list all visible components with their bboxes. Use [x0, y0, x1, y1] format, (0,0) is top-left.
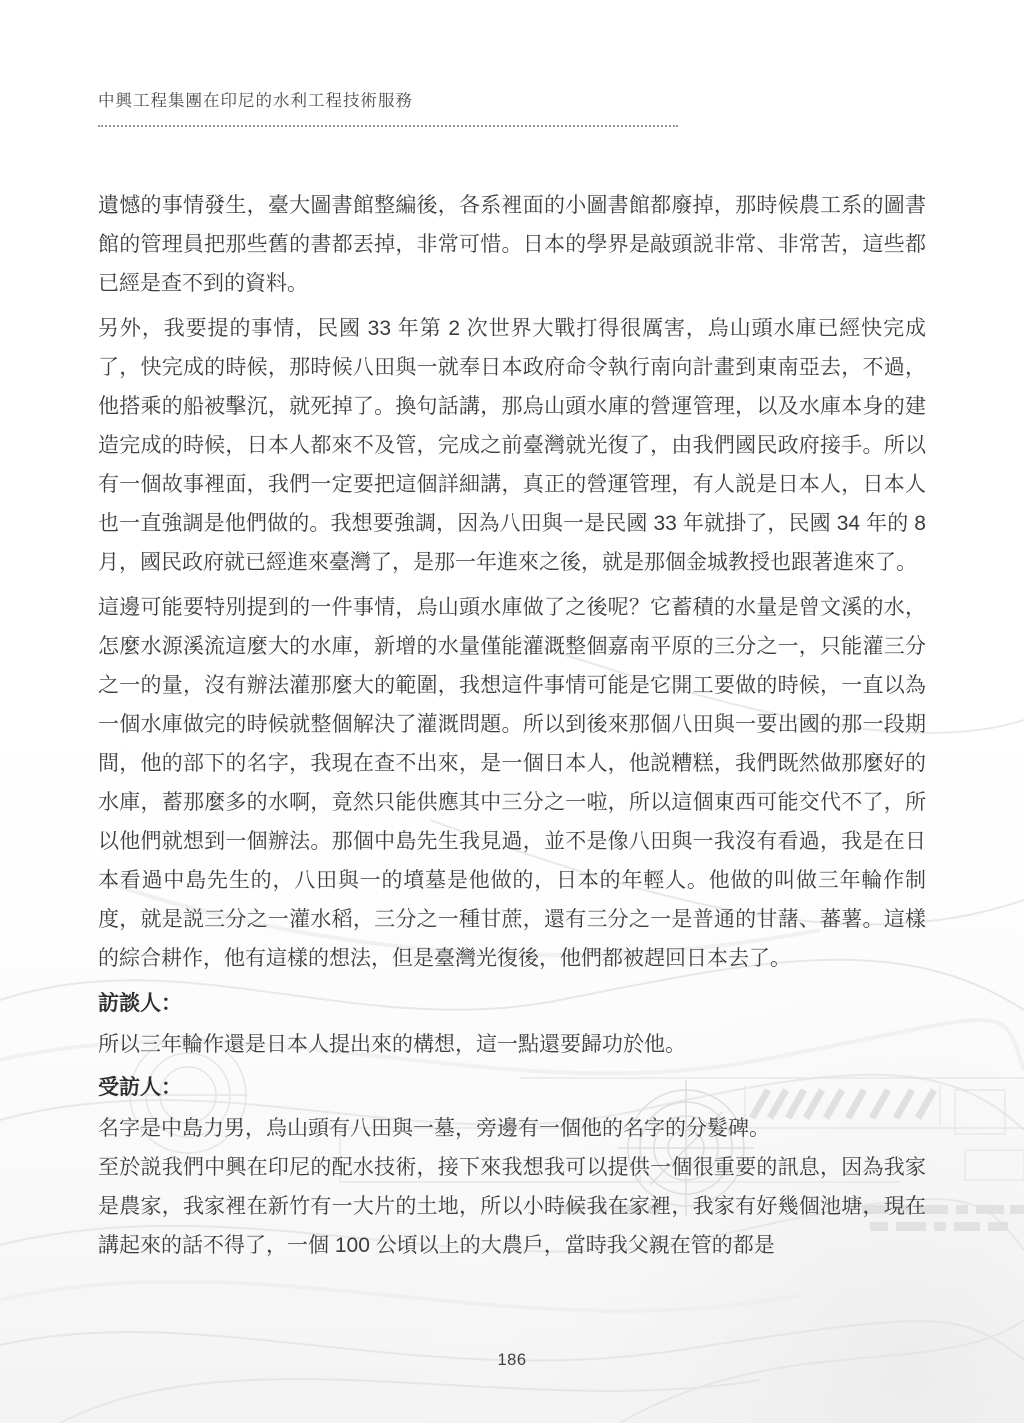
- page-footer: 186: [0, 1351, 1024, 1370]
- interviewer-text: 所以三年輪作還是日本人提出來的構想，這一點還要歸功於他。: [98, 1025, 926, 1064]
- page-number: 186: [497, 1351, 526, 1369]
- book-page: 中興工程集團在印尼的水利工程技術服務 遺憾的事情發生，臺大圖書館整編後，各系裡面…: [0, 0, 1024, 1423]
- page-content: 遺憾的事情發生，臺大圖書館整編後，各系裡面的小圖書館都廢掉，那時候農工系的圖書館…: [98, 186, 926, 1265]
- interviewee-text-line2: 至於説我們中興在印尼的配水技術，接下來我想我可以提供一個很重要的訊息，因為我家是…: [98, 1148, 926, 1265]
- interviewer-label: 訪談人：: [98, 984, 926, 1023]
- paragraph-1: 遺憾的事情發生，臺大圖書館整編後，各系裡面的小圖書館都廢掉，那時候農工系的圖書館…: [98, 186, 926, 303]
- page-header: 中興工程集團在印尼的水利工程技術服務: [98, 90, 678, 127]
- paragraph-3: 這邊可能要特別提到的一件事情，烏山頭水庫做了之後呢？它蓄積的水量是曾文溪的水，怎…: [98, 588, 926, 978]
- interviewee-text-line1: 名字是中島力男，烏山頭有八田與一墓，旁邊有一個他的名字的分髮碑。: [98, 1109, 926, 1148]
- running-header-title: 中興工程集團在印尼的水利工程技術服務: [98, 90, 678, 112]
- interviewee-label: 受訪人：: [98, 1068, 926, 1107]
- paragraph-2: 另外，我要提的事情，民國 33 年第 2 次世界大戰打得很厲害，烏山頭水庫已經快…: [98, 309, 926, 582]
